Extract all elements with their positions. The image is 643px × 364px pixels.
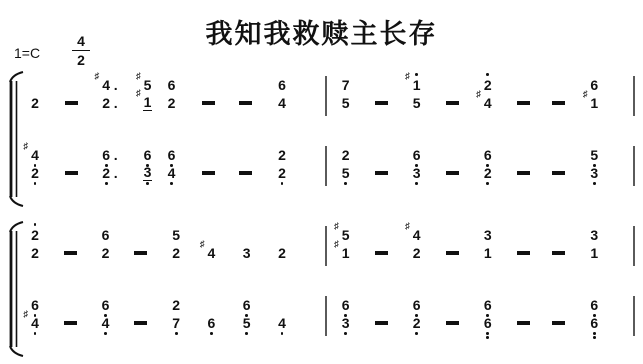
lower-note-row: 2. <box>102 164 118 182</box>
note-digit: 6 <box>143 148 152 162</box>
upper-note-row: 6 <box>412 296 421 314</box>
dash-extender <box>552 251 565 254</box>
note-digit: 4 <box>277 316 286 330</box>
dash-extender <box>239 101 252 104</box>
jianpu-note: 6 <box>483 298 492 312</box>
note-digit: 1 <box>590 246 599 260</box>
beat-column: 62 <box>410 296 424 332</box>
barline <box>633 146 635 186</box>
lower-note-row: 5 <box>341 94 350 112</box>
upper-note-row: 6 <box>101 296 110 314</box>
beat-cell: 2 <box>28 76 42 112</box>
jianpu-note: 5 <box>242 316 251 330</box>
note-digit: 6 <box>101 228 110 242</box>
jianpu-note: 2 <box>172 246 181 260</box>
note-digit: 2 <box>412 316 421 330</box>
beat-cell <box>552 76 566 112</box>
beat-cell: ♯5♯1 <box>339 226 353 262</box>
beat-cell: 63 <box>410 146 424 182</box>
note-digit: 4 <box>412 228 421 242</box>
upper-voice-line: 2♯4.2.♯5♯1626475♯152♯46♯1 <box>28 76 635 116</box>
octave-dot-below <box>34 332 37 335</box>
upper-note-row: ♯4 <box>412 226 421 244</box>
jianpu-note: 2 <box>31 96 40 110</box>
beat-column: ♯5♯1 <box>339 226 353 262</box>
beat-cell <box>516 76 530 112</box>
beat-cell: 6♯4 <box>28 296 42 332</box>
jianpu-note: 2 <box>31 246 40 260</box>
lower-note-row <box>517 244 530 262</box>
lower-note-row <box>134 244 147 262</box>
dash-extender <box>552 321 565 324</box>
dash-extender <box>446 171 459 174</box>
note-digit: 4 <box>277 96 286 110</box>
barline <box>633 296 635 336</box>
dash-extender <box>65 101 78 104</box>
beat-cell <box>374 226 388 262</box>
lower-note-row: ♯4 <box>483 94 492 112</box>
beat-column: 2 <box>275 226 289 262</box>
lower-note-row <box>375 314 388 332</box>
upper-note-row: 6 <box>242 296 251 314</box>
note-digit: 1 <box>143 95 152 111</box>
lower-note-row <box>202 94 215 112</box>
beat-cell: 2♯4 <box>481 76 495 112</box>
lower-note-row: 3 <box>590 164 599 182</box>
beat-column: 64 <box>275 76 289 112</box>
dash-extender <box>202 101 215 104</box>
note-digit: 5 <box>590 148 599 162</box>
beat-cell <box>65 146 79 182</box>
note-digit: 6 <box>102 148 111 162</box>
beat-cell: 52 <box>169 226 183 262</box>
beat-column <box>552 226 566 262</box>
sheet-music-page: 我知我救赎主长存 1=C 4 2 2♯4.2.♯5♯1626475♯152♯46… <box>0 0 643 364</box>
lower-note-row: 2 <box>101 244 110 262</box>
upper-voice-line: 226252♯432♯5♯1♯423131 <box>28 226 635 266</box>
beat-column: 62 <box>99 226 113 262</box>
lower-note-row: 3 <box>341 314 350 332</box>
measure: 2♯4.2.♯5♯16264 <box>28 76 325 112</box>
lower-note-row: 2 <box>277 164 286 182</box>
beat-cell: 53 <box>587 146 601 182</box>
lower-voice-line: ♯426.2.63642225636253 <box>28 146 635 186</box>
barline <box>633 76 635 116</box>
lower-note-row: 1 <box>590 244 599 262</box>
upper-note-row: ♯1 <box>412 76 421 94</box>
beat-column: 6 <box>204 296 218 332</box>
note-digit: 3 <box>242 246 251 260</box>
octave-dot-below <box>344 332 347 335</box>
note-digit: 2 <box>102 96 111 110</box>
beat-cell: 6♯1 <box>587 76 601 112</box>
beat-column <box>238 76 252 112</box>
octave-dot-below <box>593 182 596 185</box>
lower-note-row: 6 <box>590 314 599 332</box>
sharp-accidental-icon: ♯ <box>95 72 100 81</box>
upper-note-row: ♯5 <box>341 226 350 244</box>
upper-note-row: 5 <box>172 226 181 244</box>
beat-column: ♯4.2. <box>102 76 118 112</box>
beat-cell: ♯5♯1 <box>140 76 154 112</box>
jianpu-note: ♯1 <box>143 95 152 111</box>
jianpu-note: 6 <box>341 298 350 312</box>
octave-dot-below <box>34 182 37 185</box>
note-digit: 6 <box>242 298 251 312</box>
lower-note-row <box>239 94 252 112</box>
note-digit: 5 <box>412 96 421 110</box>
jianpu-note: 5 <box>341 96 350 110</box>
jianpu-note: 2 <box>31 228 40 242</box>
beat-cell: 27 <box>169 296 183 332</box>
jianpu-note: ♯4 <box>31 148 40 162</box>
note-digit: 6 <box>101 298 110 312</box>
upper-note-row: 6 <box>101 226 110 244</box>
beat-column <box>516 76 530 112</box>
lower-note-row <box>517 164 530 182</box>
lower-note-row: 4 <box>277 94 286 112</box>
duration-dot: . <box>111 78 118 92</box>
beat-column: 6.2. <box>102 146 118 182</box>
beat-cell <box>201 76 215 112</box>
beat-cell <box>516 146 530 182</box>
sharp-accidental-icon: ♯ <box>476 90 481 99</box>
jianpu-note: 4 <box>101 316 110 330</box>
upper-note-row: 6 <box>143 146 152 164</box>
octave-dot-below <box>146 182 149 185</box>
dash-extender <box>375 251 388 254</box>
measure: 25636253 <box>327 146 634 182</box>
beat-column: 3 <box>240 226 254 262</box>
note-digit: 6 <box>31 298 40 312</box>
jianpu-note: 3 <box>590 228 599 242</box>
beat-column <box>63 296 77 332</box>
beat-cell: ♯4.2. <box>102 76 118 112</box>
lower-note-row: ♯1 <box>143 94 152 112</box>
beat-column <box>516 146 530 182</box>
sharp-accidental-icon: ♯ <box>24 142 29 151</box>
lower-note-row: 2 <box>483 164 492 182</box>
jianpu-note: 2 <box>341 148 350 162</box>
jianpu-note: 3 <box>242 246 251 260</box>
jianpu-note: 6 <box>167 78 176 92</box>
measure: 6♯464276654 <box>28 296 325 332</box>
beat-column <box>134 296 148 332</box>
lower-note-row <box>552 94 565 112</box>
beat-column <box>65 146 79 182</box>
note-digit: 2 <box>31 166 40 180</box>
upper-note-row: 7 <box>341 76 350 94</box>
upper-note-row: 2 <box>277 146 286 164</box>
beat-cell: 62 <box>410 296 424 332</box>
octave-dot-below <box>344 182 347 185</box>
lower-note-row: 4 <box>277 314 286 332</box>
dash-extender <box>375 101 388 104</box>
beat-cell: 6.2. <box>102 146 118 182</box>
jianpu-note: 5 <box>172 228 181 242</box>
duration-dot: . <box>111 166 118 180</box>
dash-extender <box>552 171 565 174</box>
beat-cell <box>445 76 459 112</box>
note-digit: 6 <box>277 78 286 92</box>
beat-cell: 2 <box>275 226 289 262</box>
upper-note-row: ♯4 <box>31 146 40 164</box>
beat-cell <box>238 76 252 112</box>
sharp-accidental-icon: ♯ <box>583 90 588 99</box>
jianpu-note: 2 <box>172 298 181 312</box>
lower-note-row <box>446 244 459 262</box>
beat-cell: ♯42 <box>410 226 424 262</box>
upper-note-row: 6. <box>102 146 118 164</box>
lower-note-row <box>239 164 252 182</box>
upper-note-row: 6 <box>277 76 286 94</box>
octave-dot-below <box>593 336 596 339</box>
measure: 226252♯432 <box>28 226 325 262</box>
note-digit: 3 <box>341 316 350 330</box>
beat-column: 63 <box>410 146 424 182</box>
beat-cell <box>516 296 530 332</box>
lower-note-row: 2 <box>31 94 40 112</box>
beat-cell: 6 <box>204 296 218 332</box>
jianpu-note: 3 <box>590 166 599 180</box>
note-digit: 5 <box>341 166 350 180</box>
beat-column <box>552 146 566 182</box>
beat-cell: 22 <box>275 146 289 182</box>
octave-dot-below <box>486 332 489 335</box>
dash-extender <box>446 321 459 324</box>
jianpu-note: 6 <box>207 316 216 330</box>
upper-note-row: ♯5 <box>143 76 152 94</box>
note-digit: 1 <box>412 78 421 92</box>
note-digit: 4 <box>101 316 110 330</box>
note-digit: 2 <box>167 96 176 110</box>
upper-note-row: 5 <box>590 146 599 164</box>
beat-column: 6364 <box>140 146 178 182</box>
jianpu-note: 2 <box>277 148 286 162</box>
duration-dot: . <box>111 96 118 110</box>
jianpu-note: 6 <box>590 316 599 330</box>
beat-cell <box>445 296 459 332</box>
jianpu-note: 6 <box>242 298 251 312</box>
beat-cell <box>201 146 215 182</box>
jianpu-note: 2 <box>101 246 110 260</box>
upper-note-row: 6 <box>590 76 599 94</box>
beat-column <box>445 296 459 332</box>
beat-cell <box>374 76 388 112</box>
sharp-accidental-icon: ♯ <box>334 240 339 249</box>
note-digit: 2 <box>277 148 286 162</box>
lower-note-row: ♯4 <box>31 314 40 332</box>
upper-note-row: 3 <box>590 226 599 244</box>
beat-cell <box>134 296 148 332</box>
lower-note-row: 2 <box>31 244 40 262</box>
dash-extender <box>202 171 215 174</box>
dash-extender <box>375 171 388 174</box>
lower-note-row <box>64 314 77 332</box>
beat-cell: 65 <box>240 296 254 332</box>
lower-note-row <box>517 94 530 112</box>
beat-column: ♯4 <box>204 226 218 262</box>
sharp-accidental-icon: ♯ <box>136 89 141 98</box>
beat-cell: 66 <box>481 296 495 332</box>
beat-cell <box>374 146 388 182</box>
beat-cell: 64 <box>99 296 113 332</box>
duration-dot: . <box>111 148 118 162</box>
beat-cell <box>552 226 566 262</box>
note-digit: 2 <box>172 298 181 312</box>
octave-dot-above <box>486 73 489 76</box>
note-digit: 6 <box>590 298 599 312</box>
beat-column: 66 <box>481 296 495 332</box>
dash-extender <box>517 321 530 324</box>
system-bracket-icon <box>7 71 24 207</box>
octave-dot-below <box>170 182 173 185</box>
lower-note-row: 3 <box>412 164 421 182</box>
note-digit: 3 <box>590 166 599 180</box>
beat-column <box>552 296 566 332</box>
lower-note-row <box>65 164 78 182</box>
beat-column <box>552 76 566 112</box>
beat-column: 4 <box>275 296 289 332</box>
upper-note-row: 6 <box>167 146 176 164</box>
beat-cell <box>63 226 77 262</box>
lower-note-row: 2 <box>31 164 40 182</box>
note-digit: 2 <box>412 246 421 260</box>
note-digit: 4 <box>102 78 111 92</box>
upper-note-row: 6 <box>412 146 421 164</box>
note-digit: 4 <box>31 316 40 330</box>
beat-cell: 75 <box>339 76 353 112</box>
lower-note-row: 2 <box>412 244 421 262</box>
upper-note-row: 6 <box>483 146 492 164</box>
lower-note-row: 7 <box>172 314 181 332</box>
beat-column <box>445 76 459 112</box>
jianpu-note: 5 <box>412 96 421 110</box>
time-signature-denominator: 2 <box>72 52 90 68</box>
lower-note-row: 2. <box>102 94 118 112</box>
jianpu-note: 3 <box>412 166 421 180</box>
dash-extender <box>517 251 530 254</box>
note-digit: 6 <box>412 298 421 312</box>
note-digit: 6 <box>590 78 599 92</box>
beat-cell: 62 <box>164 76 178 112</box>
note-digit: 6 <box>483 316 492 330</box>
octave-dot-below <box>593 332 596 335</box>
octave-dot-below <box>210 332 213 335</box>
sharp-accidental-icon: ♯ <box>405 72 410 81</box>
beat-column: 53 <box>587 146 601 182</box>
sharp-accidental-icon: ♯ <box>24 310 29 319</box>
beat-column: 22 <box>275 146 289 182</box>
beat-column <box>516 226 530 262</box>
lower-note-row <box>446 164 459 182</box>
sharp-accidental-icon: ♯ <box>405 222 410 231</box>
jianpu-note: ♯4. <box>102 78 118 92</box>
note-digit: 3 <box>412 166 421 180</box>
beat-cell: 63 <box>339 296 353 332</box>
dash-extender <box>134 321 147 324</box>
jianpu-note: 7 <box>341 78 350 92</box>
beat-column <box>374 226 388 262</box>
jianpu-note: 6 <box>483 148 492 162</box>
measure: ♯426.2.636422 <box>28 146 325 182</box>
dash-extender <box>517 101 530 104</box>
beat-column <box>201 146 215 182</box>
beat-cell: 62 <box>481 146 495 182</box>
upper-note-row: 2 <box>483 76 492 94</box>
lower-note-row <box>552 244 565 262</box>
beat-column <box>516 296 530 332</box>
note-digit: 1 <box>341 246 350 260</box>
lower-note-row: 2 <box>412 314 421 332</box>
beat-column <box>374 146 388 182</box>
dash-extender <box>65 171 78 174</box>
upper-note-row: ♯4. <box>102 76 118 94</box>
upper-note-row: 6 <box>590 296 599 314</box>
jianpu-note: 6 <box>167 148 176 162</box>
jianpu-note: 2. <box>102 96 118 110</box>
octave-dot-below <box>245 332 248 335</box>
beat-cell: 64 <box>275 76 289 112</box>
lower-note-row: 4 <box>101 314 110 332</box>
dash-extender <box>64 251 77 254</box>
octave-dot-below <box>486 182 489 185</box>
beat-column: 27 <box>169 296 183 332</box>
note-digit: 5 <box>242 316 251 330</box>
dash-extender <box>239 171 252 174</box>
beat-column <box>445 146 459 182</box>
note-digit: 5 <box>172 228 181 242</box>
jianpu-note: ♯1 <box>341 246 350 260</box>
jianpu-note: 3 <box>483 228 492 242</box>
jianpu-note: 6 <box>101 228 110 242</box>
beat-cell <box>374 296 388 332</box>
jianpu-note: ♯1 <box>412 78 421 92</box>
lower-note-row: 6 <box>483 314 492 332</box>
beat-cell: 62 <box>99 226 113 262</box>
lower-voice-line: 6♯46427665463626666 <box>28 296 635 336</box>
key-signature: 1=C <box>14 45 40 61</box>
beat-column: 65 <box>240 296 254 332</box>
lower-note-row: 6 <box>207 314 216 332</box>
octave-dot-above <box>34 223 37 226</box>
beat-column: 31 <box>587 226 601 262</box>
measure: ♯5♯1♯423131 <box>327 226 634 262</box>
octave-dot-above <box>415 73 418 76</box>
lower-note-row <box>65 94 78 112</box>
lower-note-row <box>517 314 530 332</box>
barline <box>633 226 635 266</box>
beat-cell: 4 <box>275 296 289 332</box>
dash-extender <box>517 171 530 174</box>
beat-cell: ♯4 <box>204 226 218 262</box>
jianpu-note: ♯5 <box>143 78 152 92</box>
note-digit: 2 <box>31 96 40 110</box>
dash-extender <box>446 101 459 104</box>
lower-note-row: ♯1 <box>590 94 599 112</box>
lower-note-row: ♯1 <box>341 244 350 262</box>
measure: 63626666 <box>327 296 634 332</box>
jianpu-note: ♯4 <box>412 228 421 242</box>
dash-extender <box>552 101 565 104</box>
beat-column <box>238 146 252 182</box>
jianpu-note: 4 <box>167 166 176 180</box>
lower-note-row: 2 <box>167 94 176 112</box>
lower-note-row <box>202 164 215 182</box>
jianpu-note: 2 <box>483 78 492 92</box>
beat-cell: 3 <box>240 226 254 262</box>
beat-column <box>445 226 459 262</box>
